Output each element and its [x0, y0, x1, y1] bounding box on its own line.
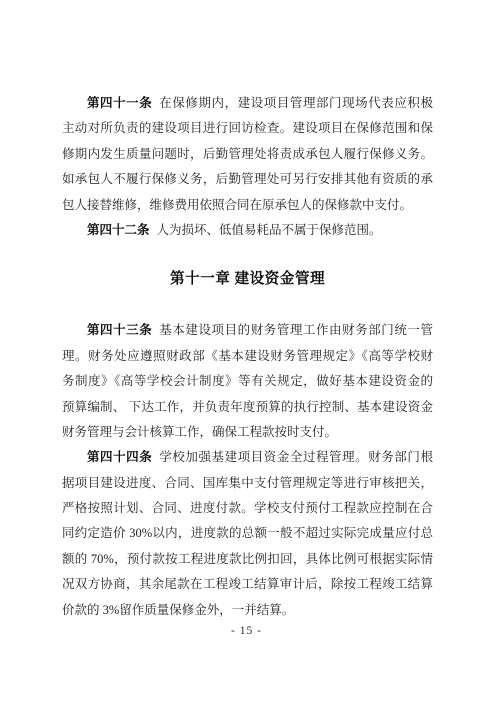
text-body: 第四十一条在保修期内，建设项目管理部门现场代表应积极主动对所负责的建设项目进行回…	[62, 91, 433, 623]
text-line: 况双方协商，其余尾款在工程竣工结算审计后，除按工程竣工结算	[62, 572, 433, 597]
article-term: 第四十二条	[87, 223, 150, 237]
article-term: 第四十四条	[87, 450, 152, 464]
text-line: 第四十一条在保修期内，建设项目管理部门现场代表应积极	[62, 91, 433, 116]
article-paragraph: 第四十一条在保修期内，建设项目管理部门现场代表应积极主动对所负责的建设项目进行回…	[62, 91, 433, 218]
text-line: 包人接替维修，维修费用依照合同在原承包人的保修款中支付。	[62, 193, 433, 218]
text-line: 务制度》《高等学校会计制度》等有关规定，做好基本建设资金的	[62, 369, 433, 394]
text-line: 同约定造价 30%以内，进度款的总额一般不超过实际完成量应付总	[62, 521, 433, 546]
article-term: 第四十一条	[87, 96, 152, 110]
article-paragraph: 第四十四条学校加强基建项目资金全过程管理。财务部门根据项目建设进度、合同、国库集…	[62, 445, 433, 623]
text-line: 据项目建设进度、合同、国库集中支付管理规定等进行审核把关，	[62, 471, 433, 496]
article-paragraph: 第四十二条人为损坏、低值易耗品不属于保修范围。	[62, 218, 433, 243]
text-line: 理。财务处应遵照财政部《基本建设财务管理规定》《高等学校财	[62, 344, 433, 369]
text-line: 修期内发生质量问题时，后勤管理处将责成承包人履行保修义务。	[62, 142, 433, 167]
article-paragraph: 第四十三条基本建设项目的财务管理工作由财务部门统一管理。财务处应遵照财政部《基本…	[62, 318, 433, 445]
text-line: 第四十四条学校加强基建项目资金全过程管理。财务部门根	[62, 445, 433, 470]
text-line: 第四十三条基本建设项目的财务管理工作由财务部门统一管	[62, 318, 433, 343]
text-line: 额的 70%，预付款按工程进度款比例扣回，具体比例可根据实际情	[62, 547, 433, 572]
text-line: 第四十二条人为损坏、低值易耗品不属于保修范围。	[62, 218, 433, 243]
text-line: 预算编制、 下达工作，并负责年度预算的执行控制、基本建设资金	[62, 395, 433, 420]
page-number: - 15 -	[0, 624, 493, 639]
document-page: 第四十一条在保修期内，建设项目管理部门现场代表应积极主动对所负责的建设项目进行回…	[0, 0, 493, 702]
text-line: 如承包人不履行保修义务，后勤管理处可另行安排其他有资质的承	[62, 167, 433, 192]
text-line: 严格按照计划、合同、进度付款。学校支付预付工程款应控制在合	[62, 496, 433, 521]
chapter-heading: 第十一章 建设资金管理	[62, 269, 433, 289]
text-line: 主动对所负责的建设项目进行回访检查。建设项目在保修范围和保	[62, 116, 433, 141]
text-line: 价款的 3%留作质量保修金外，一并结算。	[62, 598, 433, 623]
text-line: 财务管理与会计核算工作，确保工程款按时支付。	[62, 420, 433, 445]
article-term: 第四十三条	[87, 323, 152, 337]
